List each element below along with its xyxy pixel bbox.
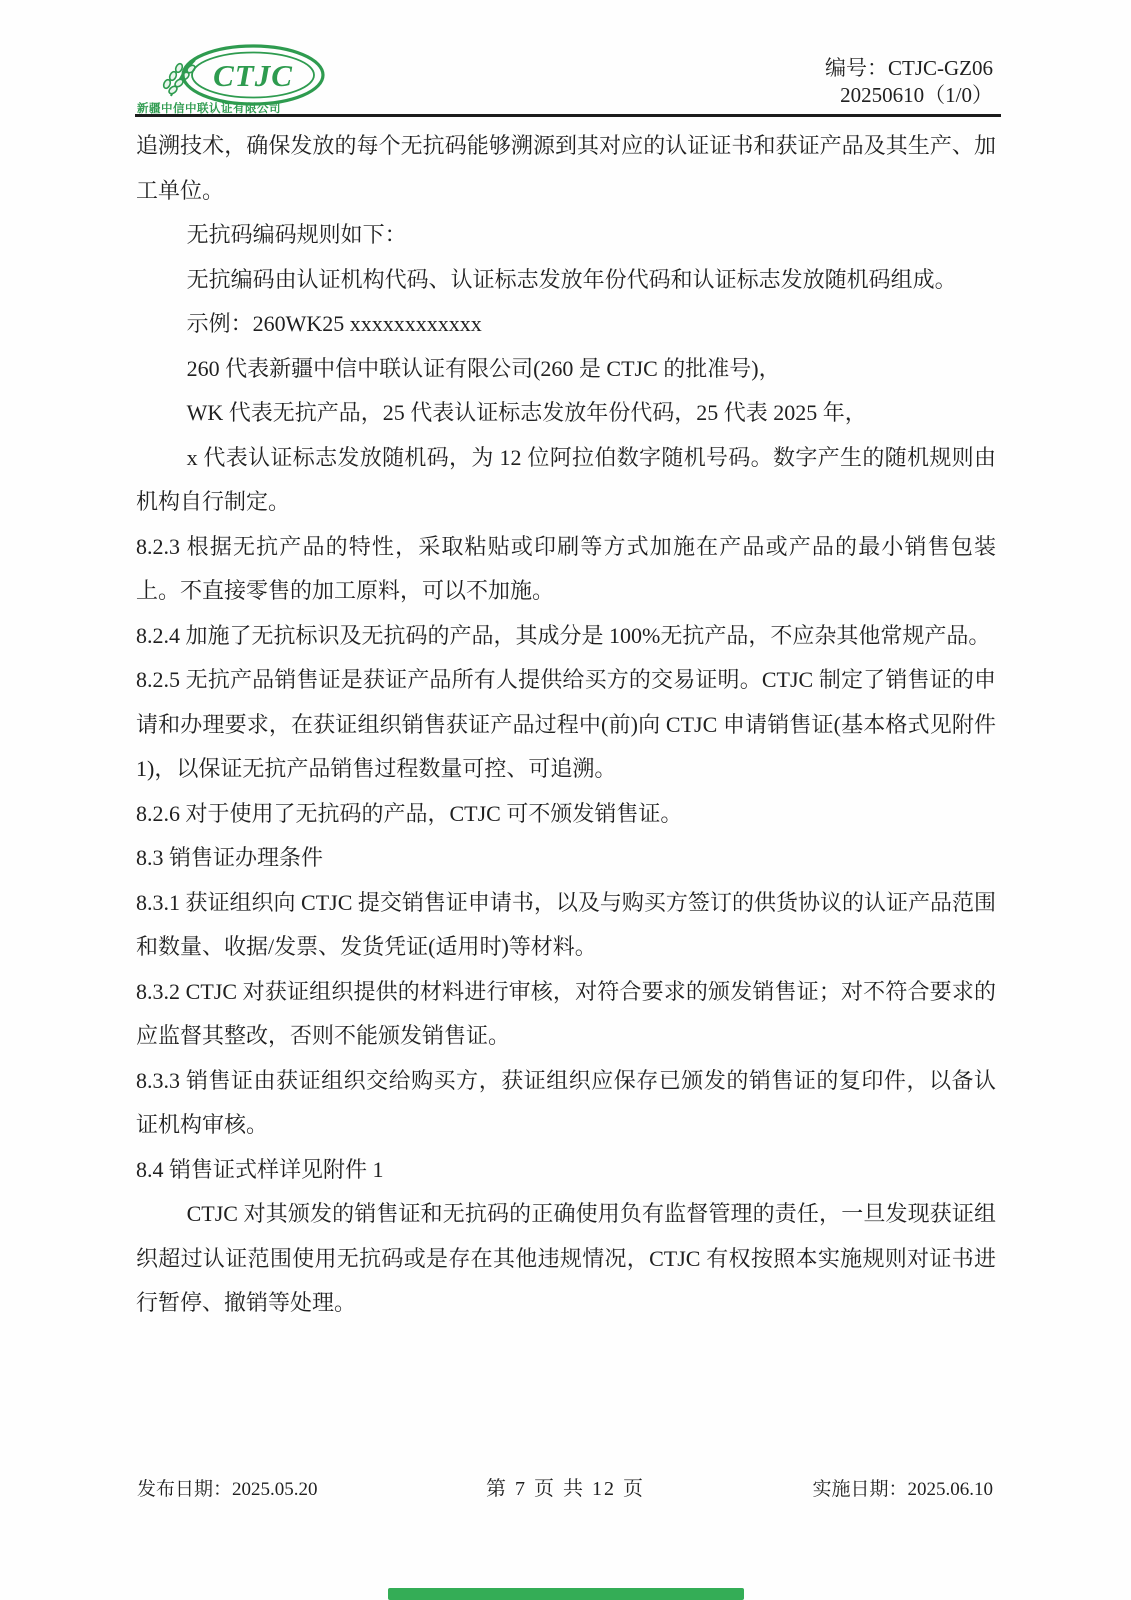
body-paragraph: 8.2.3 根据无抗产品的特性，采取粘贴或印刷等方式加施在产品或产品的最小销售包… bbox=[136, 525, 996, 614]
body-paragraph: x 代表认证标志发放随机码，为 12 位阿拉伯数字随机号码。数字产生的随机规则由… bbox=[136, 436, 996, 525]
document-page: CTJC 新疆中信中联认证有限公司 编号：CTJC-GZ06 20250610（… bbox=[0, 0, 1131, 1600]
body-paragraph: 8.3.3 销售证由获证组织交给购买方，获证组织应保存已颁发的销售证的复印件，以… bbox=[136, 1059, 996, 1148]
header-divider bbox=[135, 114, 1001, 117]
document-body: 追溯技术，确保发放的每个无抗码能够溯源到其对应的认证证书和获证产品及其生产、加工… bbox=[136, 124, 996, 1326]
body-paragraph: 示例：260WK25 xxxxxxxxxxxx bbox=[136, 302, 996, 347]
body-paragraph: 8.2.4 加施了无抗标识及无抗码的产品，其成分是 100%无抗产品，不应杂其他… bbox=[136, 614, 996, 659]
body-paragraph: 8.3 销售证办理条件 bbox=[136, 836, 996, 881]
svg-text:CTJC: CTJC bbox=[213, 58, 293, 93]
page-header: CTJC 新疆中信中联认证有限公司 编号：CTJC-GZ06 20250610（… bbox=[0, 0, 1131, 120]
body-paragraph: 追溯技术，确保发放的每个无抗码能够溯源到其对应的认证证书和获证产品及其生产、加工… bbox=[136, 124, 996, 213]
body-paragraph: 260 代表新疆中信中联认证有限公司(260 是 CTJC 的批准号)， bbox=[136, 347, 996, 392]
body-paragraph: 8.3.1 获证组织向 CTJC 提交销售证申请书，以及与购买方签订的供货协议的… bbox=[136, 881, 996, 970]
ctjc-logo: CTJC 新疆中信中联认证有限公司 bbox=[143, 42, 333, 118]
body-paragraph: 无抗编码由认证机构代码、认证标志发放年份代码和认证标志发放随机码组成。 bbox=[136, 258, 996, 303]
doc-number: 编号：CTJC-GZ06 bbox=[825, 55, 993, 82]
body-paragraph: CTJC 对其颁发的销售证和无抗码的正确使用负有监督管理的责任，一旦发现获证组织… bbox=[136, 1192, 996, 1326]
body-paragraph: 8.2.6 对于使用了无抗码的产品，CTJC 可不颁发销售证。 bbox=[136, 792, 996, 837]
implement-date: 实施日期：2025.06.10 bbox=[812, 1474, 993, 1501]
doc-meta: 编号：CTJC-GZ06 20250610（1/0） bbox=[825, 55, 993, 109]
body-paragraph: 8.2.5 无抗产品销售证是获证产品所有人提供给买方的交易证明。CTJC 制定了… bbox=[136, 658, 996, 792]
body-paragraph: 无抗码编码规则如下： bbox=[136, 213, 996, 258]
bottom-progress-bar bbox=[388, 1588, 744, 1600]
body-paragraph: 8.4 销售证式样详见附件 1 bbox=[136, 1148, 996, 1193]
doc-version: 20250610（1/0） bbox=[825, 82, 993, 109]
page-footer: 发布日期：2025.05.20 第 7 页 共 12 页 实施日期：2025.0… bbox=[0, 1468, 1131, 1508]
body-paragraph: WK 代表无抗产品，25 代表认证标志发放年份代码，25 代表 2025 年， bbox=[136, 391, 996, 436]
body-paragraph: 8.3.2 CTJC 对获证组织提供的材料进行审核，对符合要求的颁发销售证；对不… bbox=[136, 970, 996, 1059]
